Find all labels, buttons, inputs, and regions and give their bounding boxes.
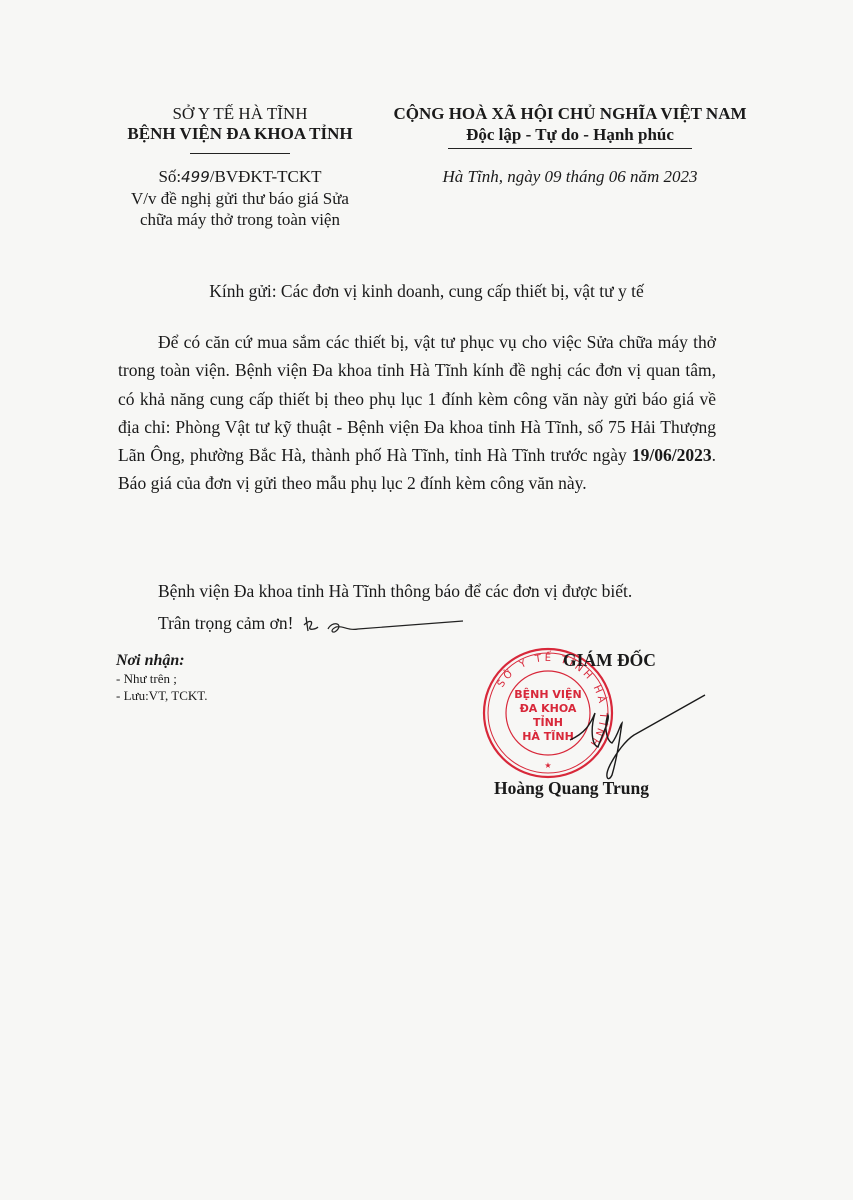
closing-thanks-row: Trân trọng cảm ơn! <box>158 607 632 639</box>
director-signature-icon <box>560 685 710 785</box>
body-paragraph: Để có căn cứ mua sắm các thiết bị, vật t… <box>118 328 716 498</box>
recipient-line: Kính gửi: Các đơn vị kinh doanh, cung cấ… <box>0 281 853 302</box>
recipients-title: Nơi nhận: <box>116 652 208 670</box>
number-suffix: /BVĐKT-TCKT <box>210 167 322 186</box>
recipient-item: - Như trên ; <box>116 670 208 687</box>
body-text: Để có căn cứ mua sắm các thiết bị, vật t… <box>118 328 716 498</box>
motto: Độc lập - Tự do - Hạnh phúc <box>372 124 768 145</box>
motto-underline <box>448 148 692 149</box>
organization-name: BỆNH VIỆN ĐA KHOA TỈNH <box>100 124 380 144</box>
body-text-part1: Để có căn cứ mua sắm các thiết bị, vật t… <box>118 332 716 465</box>
closing-notice: Bệnh viện Đa khoa tỉnh Hà Tĩnh thông báo… <box>158 575 632 607</box>
header-right: CỘNG HOÀ XÃ HỘI CHỦ NGHĨA VIỆT NAM Độc l… <box>372 104 768 187</box>
country-name: CỘNG HOÀ XÃ HỘI CHỦ NGHĨA VIỆT NAM <box>372 104 768 124</box>
deadline-date: 19/06/2023 <box>632 445 712 465</box>
closing-thanks: Trân trọng cảm ơn! <box>158 613 293 633</box>
svg-text:★: ★ <box>544 761 551 770</box>
recipients-list: Nơi nhận: - Như trên ; - Lưu:VT, TCKT. <box>116 652 208 704</box>
svg-text:TỈNH: TỈNH <box>533 715 563 729</box>
signatory-title: GIÁM ĐỐC <box>563 650 656 671</box>
signatory-name: Hoàng Quang Trung <box>494 778 724 799</box>
document-number: Số:499/BVĐKT-TCKT <box>100 166 380 188</box>
subject-line-2: chữa máy thở trong toàn viện <box>100 209 380 230</box>
department-name: SỞ Y TẾ HÀ TĨNH <box>100 104 380 124</box>
closing: Bệnh viện Đa khoa tỉnh Hà Tĩnh thông báo… <box>158 575 632 639</box>
number-prefix: Số: <box>158 167 181 186</box>
header-divider <box>190 153 290 154</box>
place-date: Hà Tĩnh, ngày 09 tháng 06 năm 2023 <box>372 166 768 187</box>
number-handwritten: 499 <box>181 168 210 186</box>
initials-signature-icon <box>298 613 468 637</box>
recipient-item: - Lưu:VT, TCKT. <box>116 687 208 704</box>
subject-line-1: V/v đề nghị gửi thư báo giá Sửa <box>100 188 380 209</box>
header-left: SỞ Y TẾ HÀ TĨNH BỆNH VIỆN ĐA KHOA TỈNH S… <box>100 104 380 230</box>
